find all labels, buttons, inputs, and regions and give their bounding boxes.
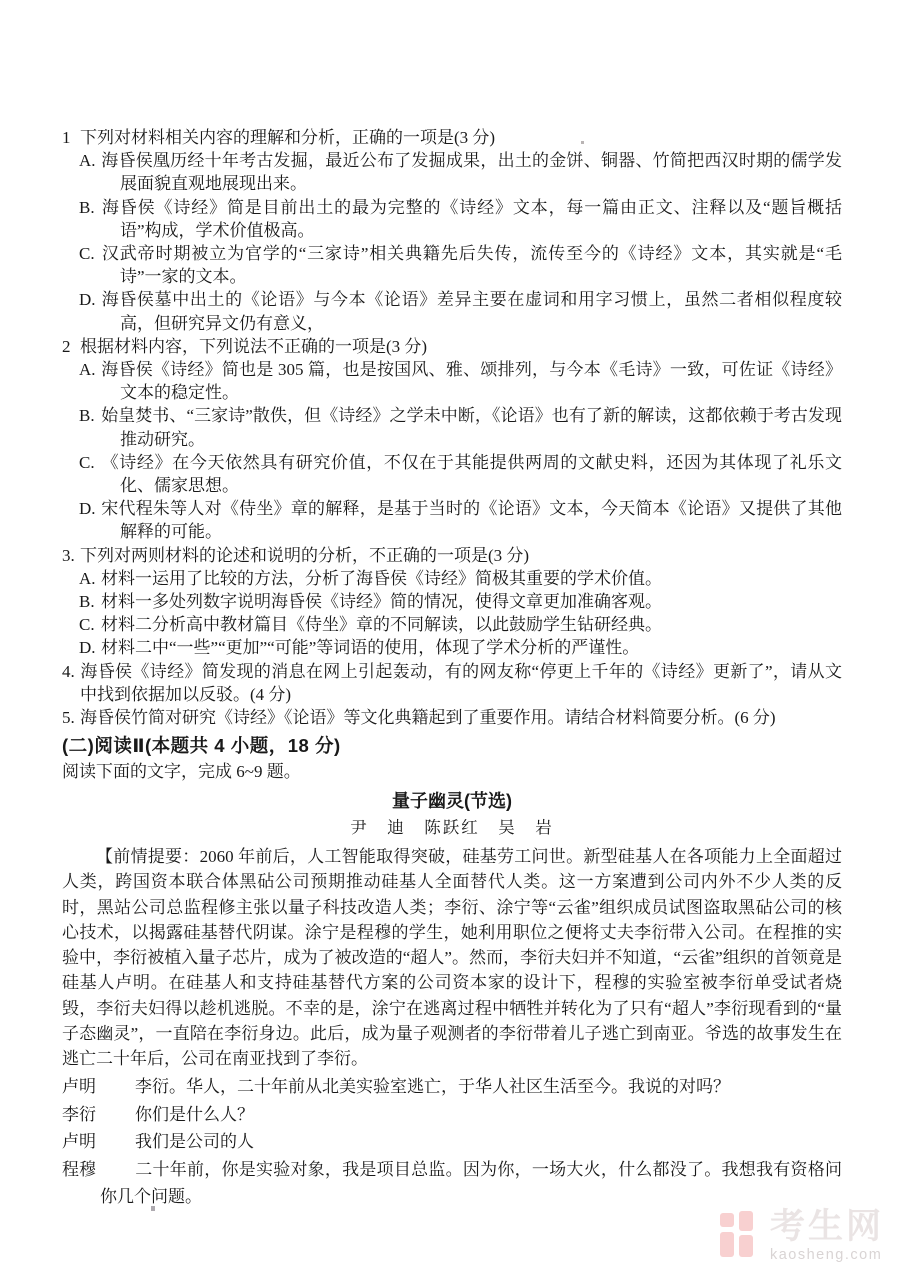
option-label: A. — [79, 567, 101, 590]
kaosheng-logo-icon — [720, 1211, 760, 1259]
watermark-brand: 考生网 — [770, 1207, 884, 1247]
option-row: C.汉武帝时期被立为官学的“三家诗”相关典籍先后失传，流传至今的《诗经》文本，其… — [79, 242, 842, 288]
option-text: 海昏侯《诗经》简也是 305 篇，也是按国风、雅、颂排列，与今本《毛诗》一致，可… — [101, 360, 842, 402]
dialogue-speaker: 李衍 — [62, 1101, 135, 1129]
exam-page-content: 1下列对材料相关内容的理解和分析，正确的一项是(3 分) A.海昏侯凰历经十年考… — [62, 126, 842, 1211]
option-label: B. — [79, 196, 101, 219]
dialogue-speaker: 卢明 — [62, 1073, 135, 1101]
option-text: 汉武帝时期被立为官学的“三家诗”相关典籍先后失传，流传至今的《诗经》文本，其实就… — [101, 244, 842, 286]
question-stem-text: 下列对两则材料的论述和说明的分析，不正确的一项是(3 分) — [80, 546, 529, 565]
option-label: C. — [79, 242, 101, 265]
option-row: D.材料二中“一些”“更加”“可能”等词语的使用，体现了学术分析的严谨性。 — [79, 636, 842, 659]
option-text: 始皇焚书、“三家诗”散佚，但《诗经》之学未中断，《论语》也有了新的解读，这都依赖… — [101, 406, 842, 448]
question-block: 5.海昏侯竹简对研究《诗经》《论语》等文化典籍起到了重要作用。请结合材料简要分析… — [62, 706, 842, 729]
dialogue-text: 我们是公司的人 — [135, 1132, 254, 1151]
question-stem-text: 下列对材料相关内容的理解和分析，正确的一项是(3 分) — [80, 128, 495, 147]
option-label: B. — [79, 404, 101, 427]
question-number: 2 — [62, 335, 80, 358]
question-block: 4.海昏侯《诗经》简发现的消息在网上引起轰动，有的网友称“停更上千年的《诗经》更… — [62, 660, 842, 706]
option-row: B.材料一多处列数字说明海昏侯《诗经》简的情况，使得文章更加准确客观。 — [79, 590, 842, 613]
dialogue-row: 卢明我们是公司的人 — [62, 1128, 842, 1156]
option-row: A.海昏侯凰历经十年考古发掘，最近公布了发掘成果，出土的金饼、铜器、竹简把西汉时… — [79, 149, 842, 195]
option-text: 材料二分析高中教材篇目《侍坐》章的不同解读，以此鼓励学生钻研经典。 — [101, 615, 662, 634]
option-row: A.材料一运用了比较的方法，分析了海昏侯《诗经》简极其重要的学术价值。 — [79, 567, 842, 590]
dialogue-row: 程穆二十年前，你是实验对象，我是项目总监。因为你，一场大火，什么都没了。我想我有… — [62, 1156, 842, 1211]
option-row: A.海昏侯《诗经》简也是 305 篇，也是按国风、雅、颂排列，与今本《毛诗》一致… — [79, 358, 842, 404]
option-row: B.始皇焚书、“三家诗”散佚，但《诗经》之学未中断，《论语》也有了新的解读，这都… — [79, 404, 842, 450]
dialogue-speaker: 卢明 — [62, 1128, 135, 1156]
watermark-text: 考生网 kaosheng.com — [770, 1207, 884, 1263]
passage-authors: 尹 迪 陈跃红 吴 岩 — [62, 815, 842, 841]
option-row: D.海昏侯墓中出土的《论语》与今本《论语》差异主要在虚词和用字习惯上，虽然二者相… — [79, 288, 842, 334]
question-block: 1下列对材料相关内容的理解和分析，正确的一项是(3 分) A.海昏侯凰历经十年考… — [62, 126, 842, 335]
question-number: 3. — [62, 544, 80, 567]
question-stem: 1下列对材料相关内容的理解和分析，正确的一项是(3 分) — [62, 126, 842, 149]
question-stem-text: 海昏侯竹简对研究《诗经》《论语》等文化典籍起到了重要作用。请结合材料简要分析。(… — [80, 708, 776, 727]
option-text: 海昏侯墓中出土的《论语》与今本《论语》差异主要在虚词和用字习惯上，虽然二者相似程… — [101, 290, 842, 332]
watermark: 考生网 kaosheng.com — [720, 1207, 884, 1263]
question-stem: 2根据材料内容，下列说法不正确的一项是(3 分) — [62, 335, 842, 358]
question-number: 5. — [62, 706, 80, 729]
option-text: 材料二中“一些”“更加”“可能”等词语的使用，体现了学术分析的严谨性。 — [101, 638, 639, 657]
section-heading: (二)阅读Ⅱ(本题共 4 小题，18 分) — [62, 733, 842, 759]
option-text: 宋代程朱等人对《侍坐》章的解释，是基于当时的《论语》文本，今天简本《论语》又提供… — [101, 499, 842, 541]
question-stem: 5.海昏侯竹简对研究《诗经》《论语》等文化典籍起到了重要作用。请结合材料简要分析… — [62, 706, 842, 729]
dialogue-row: 卢明李衍。华人，二十年前从北美实验室逃亡，于华人社区生活至今。我说的对吗？ — [62, 1073, 842, 1101]
option-text: 材料一运用了比较的方法，分析了海昏侯《诗经》简极其重要的学术价值。 — [101, 569, 662, 588]
option-row: D.宋代程朱等人对《侍坐》章的解释，是基于当时的《论语》文本，今天简本《论语》又… — [79, 497, 842, 543]
question-stem-text: 根据材料内容，下列说法不正确的一项是(3 分) — [80, 337, 427, 356]
dialogue-text: 李衍。华人，二十年前从北美实验室逃亡，于华人社区生活至今。我说的对吗？ — [135, 1077, 730, 1096]
watermark-domain: kaosheng.com — [770, 1247, 884, 1263]
option-label: C. — [79, 451, 101, 474]
passage-title: 量子幽灵(节选) — [62, 788, 842, 815]
question-block: 3.下列对两则材料的论述和说明的分析，不正确的一项是(3 分) A.材料一运用了… — [62, 544, 842, 660]
option-label: D. — [79, 497, 101, 520]
option-label: D. — [79, 288, 101, 311]
option-label: D. — [79, 636, 101, 659]
option-text: 海昏侯《诗经》简是目前出土的最为完整的《诗经》文本，每一篇由正文、注释以及“题旨… — [101, 198, 842, 240]
dialogue-speaker: 程穆 — [62, 1156, 135, 1184]
dialogue-text: 你们是什么人？ — [135, 1105, 254, 1124]
scan-artifact-dot — [581, 141, 584, 144]
reading-instruction: 阅读下面的文字，完成 6~9 题。 — [62, 759, 842, 784]
option-row: C.材料二分析高中教材篇目《侍坐》章的不同解读，以此鼓励学生钻研经典。 — [79, 613, 842, 636]
question-block: 2根据材料内容，下列说法不正确的一项是(3 分) A.海昏侯《诗经》简也是 30… — [62, 335, 842, 544]
option-row: B.海昏侯《诗经》简是目前出土的最为完整的《诗经》文本，每一篇由正文、注释以及“… — [79, 196, 842, 242]
option-label: C. — [79, 613, 101, 636]
option-label: B. — [79, 590, 101, 613]
question-stem: 4.海昏侯《诗经》简发现的消息在网上引起轰动，有的网友称“停更上千年的《诗经》更… — [62, 660, 842, 706]
question-section: 1下列对材料相关内容的理解和分析，正确的一项是(3 分) A.海昏侯凰历经十年考… — [62, 126, 842, 729]
question-stem: 3.下列对两则材料的论述和说明的分析，不正确的一项是(3 分) — [62, 544, 842, 567]
dialogue-row: 李衍你们是什么人？ — [62, 1101, 842, 1129]
question-number: 4. — [62, 660, 80, 683]
dialogue-text: 二十年前，你是实验对象，我是项目总监。因为你，一场大火，什么都没了。我想我有资格… — [100, 1160, 842, 1207]
option-text: 《诗经》在今天依然具有研究价值，不仅在于其能提供两周的文献史料，还因为其体现了礼… — [101, 453, 842, 495]
scan-artifact-dot — [151, 1206, 155, 1211]
question-number: 1 — [62, 126, 80, 149]
passage-synopsis: 【前情提要：2060 年前后，人工智能取得突破，硅基劳工问世。新型硅基人在各项能… — [62, 844, 842, 1071]
option-row: C.《诗经》在今天依然具有研究价值，不仅在于其能提供两周的文献史料，还因为其体现… — [79, 451, 842, 497]
option-text: 材料一多处列数字说明海昏侯《诗经》简的情况，使得文章更加准确客观。 — [101, 592, 662, 611]
option-label: A. — [79, 149, 101, 172]
dialogue-section: 卢明李衍。华人，二十年前从北美实验室逃亡，于华人社区生活至今。我说的对吗？ 李衍… — [62, 1073, 842, 1211]
question-stem-text: 海昏侯《诗经》简发现的消息在网上引起轰动，有的网友称“停更上千年的《诗经》更新了… — [80, 662, 842, 704]
option-label: A. — [79, 358, 101, 381]
option-text: 海昏侯凰历经十年考古发掘，最近公布了发掘成果，出土的金饼、铜器、竹简把西汉时期的… — [101, 151, 842, 193]
